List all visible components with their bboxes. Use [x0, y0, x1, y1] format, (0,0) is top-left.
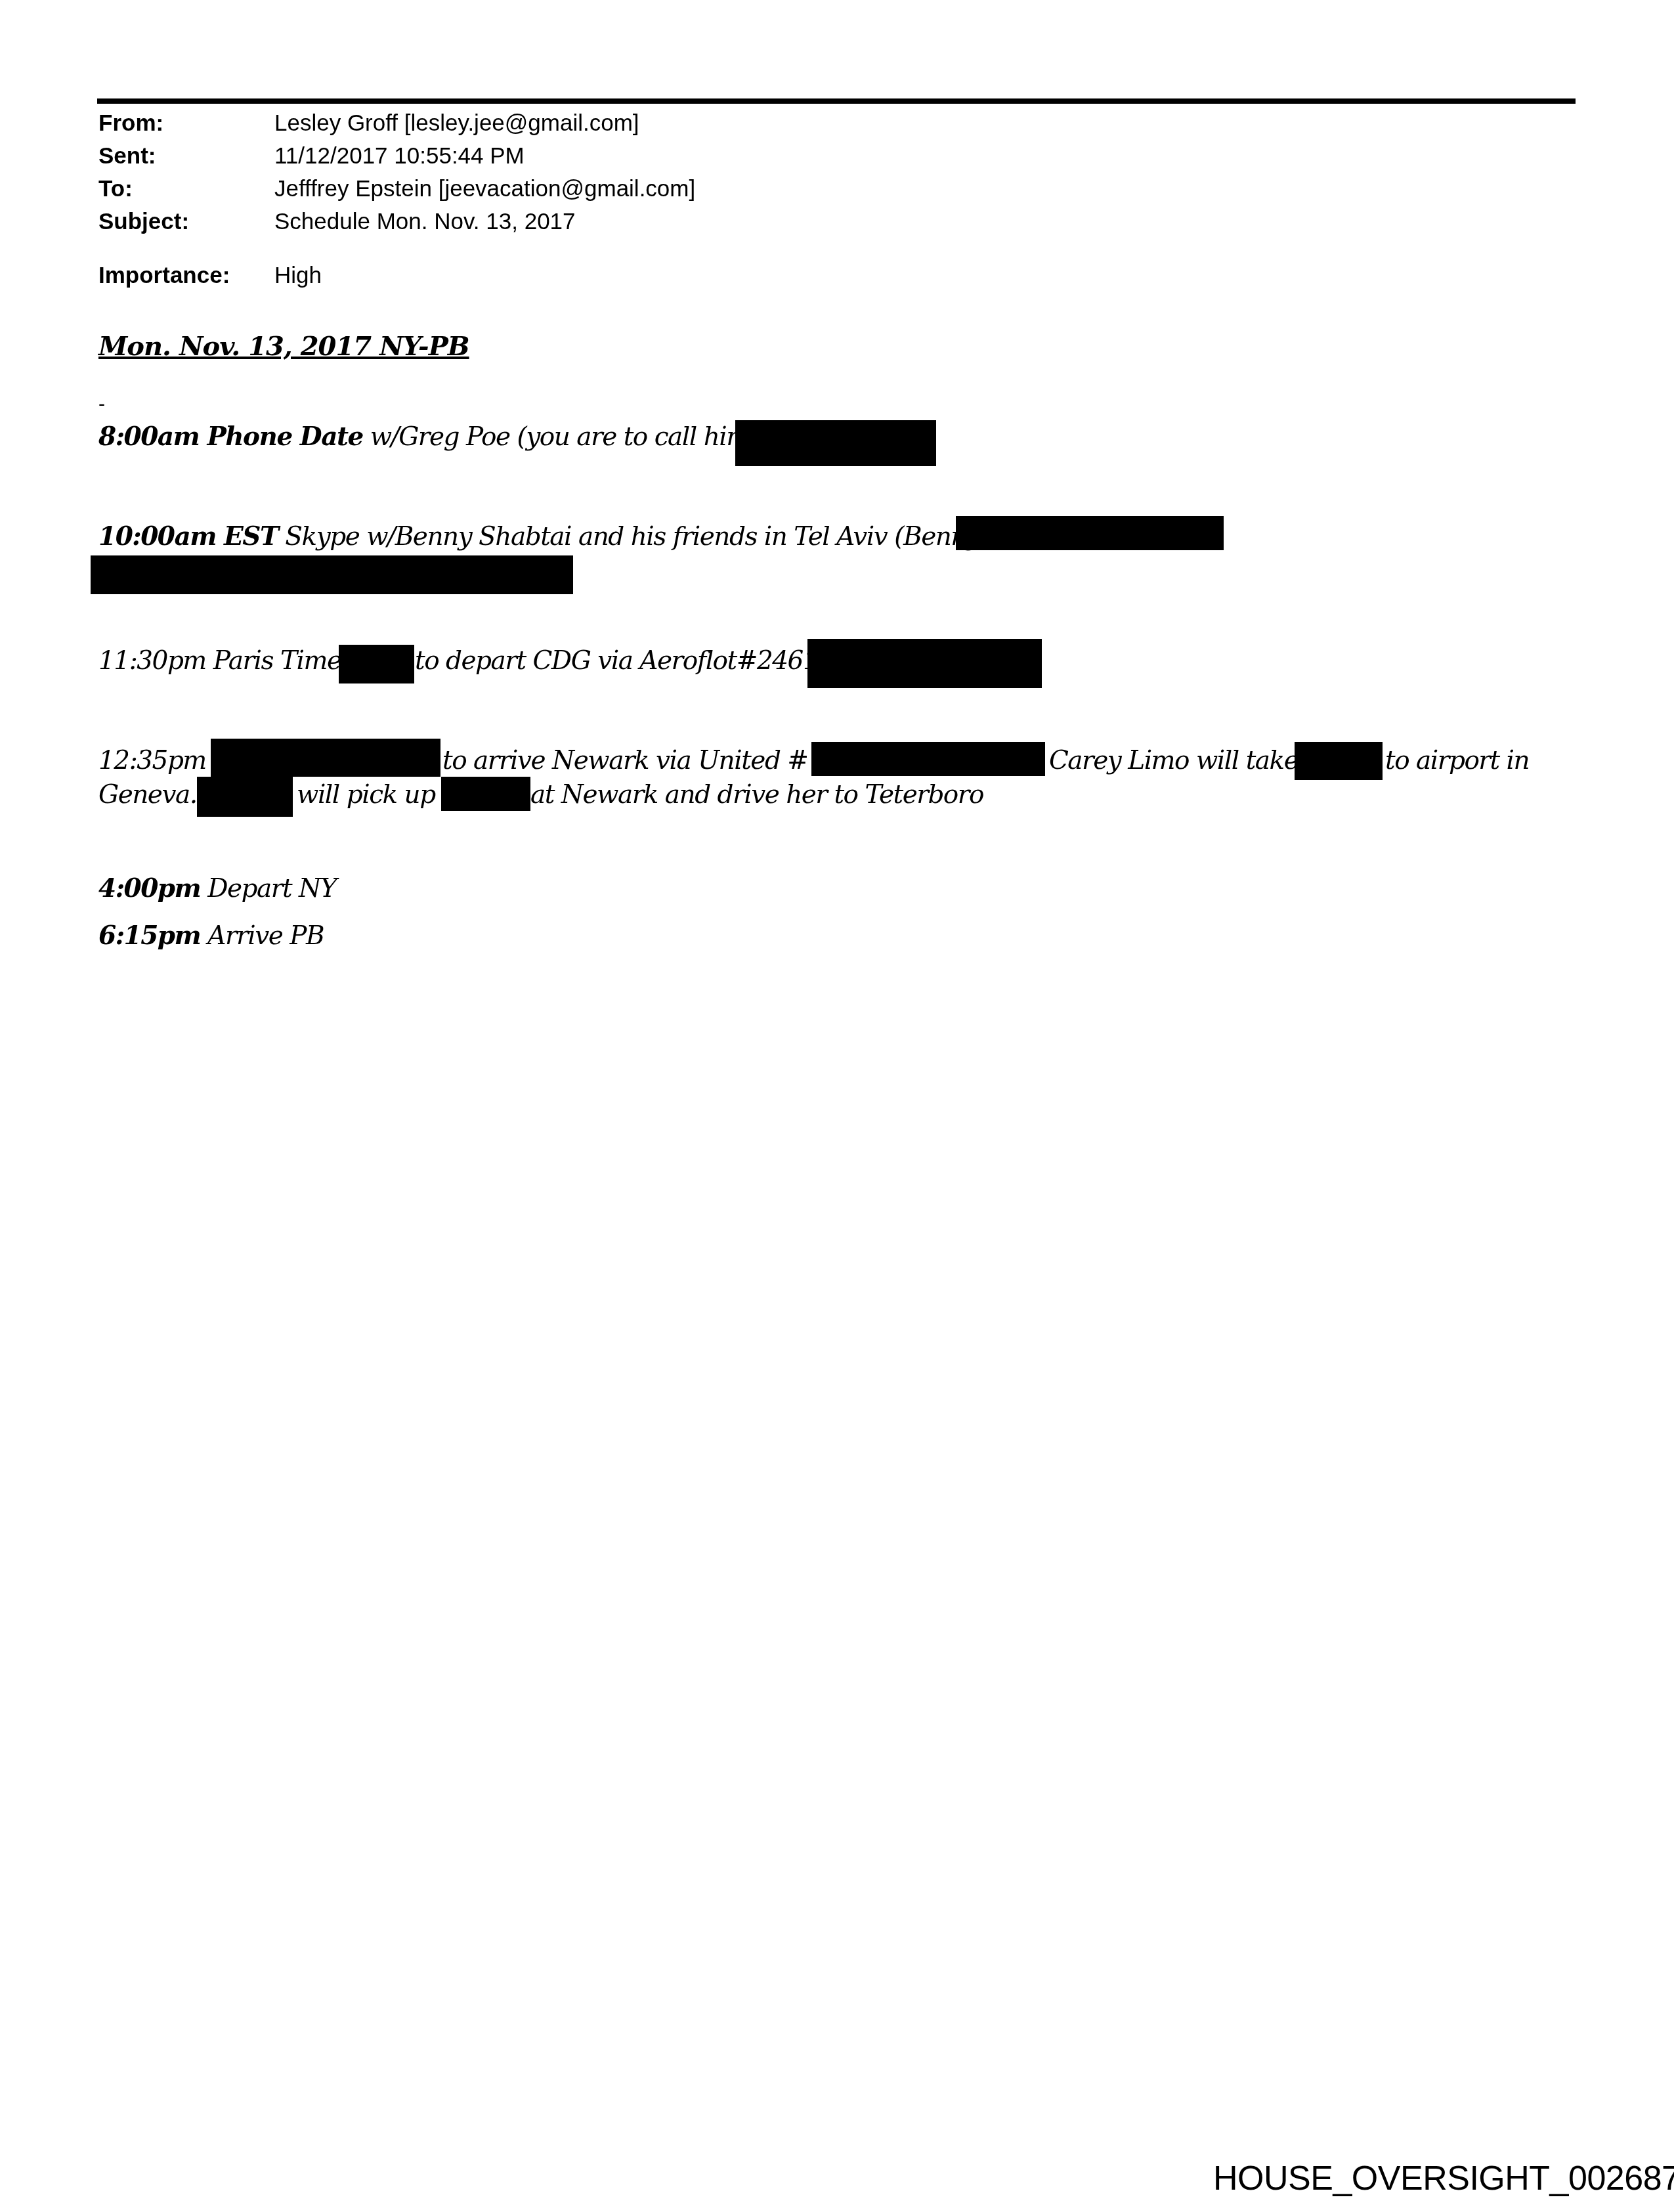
entry-geneva: Geneva.: [98, 779, 197, 812]
redaction-box: [211, 739, 440, 777]
entry-time: 8:00am Phone Date: [98, 422, 363, 452]
entry-text-cont: to arrive Newark via United # (: [442, 745, 824, 777]
entry-text: Skype w/Benny Shabtai and his friends in…: [278, 522, 979, 552]
entry-10am: 10:00am EST Skype w/Benny Shabtai and hi…: [98, 520, 980, 553]
entry-text-cont: to airport in: [1385, 745, 1529, 777]
redaction-box: [339, 645, 414, 683]
header-rule: [97, 98, 1576, 104]
importance-label: Importance:: [98, 263, 230, 289]
redaction-box: [91, 555, 573, 594]
dash-separator: -: [98, 393, 105, 416]
to-value: Jefffrey Epstein [jeevacation@gmail.com]: [274, 176, 695, 202]
entry-text: Geneva.: [98, 780, 197, 810]
entry-time: 6:15pm: [98, 921, 200, 951]
entry-text: 11:30pm Paris Time: [98, 646, 341, 676]
sent-value: 11/12/2017 10:55:44 PM: [274, 143, 525, 169]
redaction-box: [441, 777, 530, 811]
entry-text-cont: Carey Limo will take: [1049, 745, 1298, 777]
entry-1130pm: 11:30pm Paris Time: [98, 645, 341, 678]
entry-4pm: 4:00pm Depart NY: [98, 872, 336, 905]
entry-text-cont: at Newark and drive her to Teterboro: [530, 779, 983, 812]
entry-text: Depart NY: [200, 874, 336, 903]
bates-number: HOUSE_OVERSIGHT_002687: [1213, 2159, 1674, 2198]
redaction-box: [811, 742, 1045, 776]
sent-label: Sent:: [98, 143, 156, 169]
entry-text-cont: will pick up: [297, 779, 435, 812]
from-value: Lesley Groff [lesley.jee@gmail.com]: [274, 110, 639, 137]
entry-615pm: 6:15pm Arrive PB: [98, 919, 324, 953]
to-label: To:: [98, 176, 133, 202]
entry-text: 12:35pm: [98, 746, 206, 775]
entry-8am: 8:00am Phone Date w/Greg Poe (you are to…: [98, 420, 750, 454]
subject-label: Subject:: [98, 209, 189, 235]
entry-time: 10:00am EST: [98, 521, 278, 552]
entry-text-cont: to depart CDG via Aeroflot#2461: [415, 645, 818, 678]
entry-text: Arrive PB: [200, 921, 324, 951]
redaction-box: [956, 516, 1224, 550]
importance-value: High: [274, 263, 322, 289]
entry-text: w/Greg Poe (you are to call him: [363, 422, 750, 452]
entry-time: 4:00pm: [98, 873, 200, 903]
redaction-box: [197, 777, 293, 817]
redaction-box: [1295, 742, 1383, 780]
from-label: From:: [98, 110, 163, 137]
redaction-box: [735, 420, 936, 466]
subject-value: Schedule Mon. Nov. 13, 2017: [274, 209, 576, 235]
redaction-box: [807, 639, 1042, 688]
entry-1235pm: 12:35pm: [98, 745, 206, 777]
schedule-heading: Mon. Nov. 13, 2017 NY-PB: [98, 330, 469, 363]
